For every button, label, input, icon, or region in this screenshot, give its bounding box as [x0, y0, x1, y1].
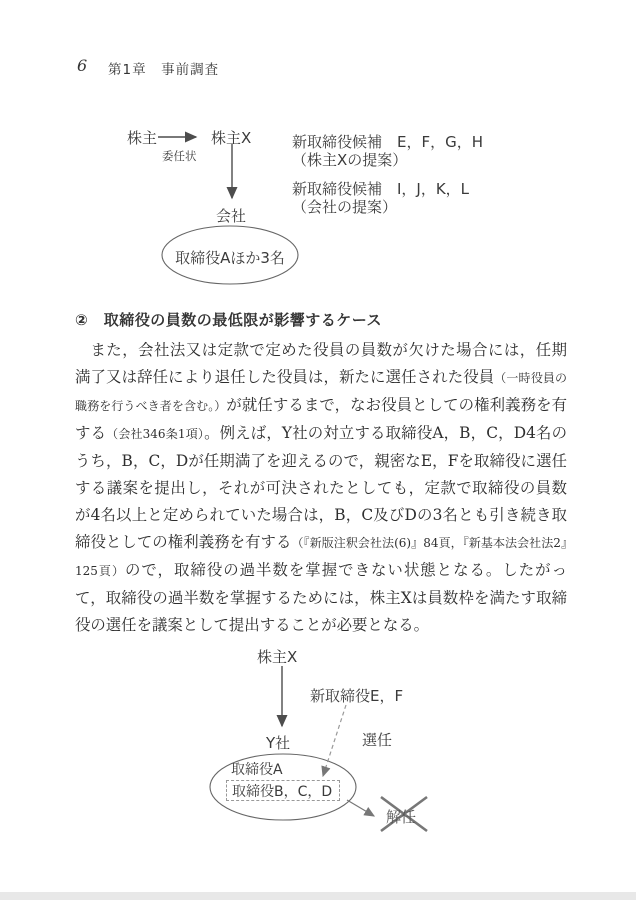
- directors-bcd-label: 取締役B，C，D: [232, 781, 332, 801]
- book-page: 6 第1章 事前調査 株主 株主X 委任状 会社 取締役Aほか3名 新取締役候補…: [0, 0, 636, 900]
- y-company-label: Y社: [266, 732, 290, 753]
- election-diagram-graphics: [150, 630, 490, 870]
- shareholder-x-label: 株主X: [211, 127, 251, 148]
- board-members-label: 取締役Aほか3名: [162, 247, 298, 268]
- citation-note: （会社346条1項）: [106, 427, 204, 441]
- proxy-form-label: 委任状: [162, 148, 197, 164]
- chapter-header: 第1章 事前調査: [108, 58, 219, 78]
- candidates-shareholderx: 新取締役候補 E，F，G，H: [292, 133, 483, 151]
- company-label: 会社: [216, 205, 246, 226]
- dismissal-label: 解任: [386, 806, 416, 827]
- page-bottom-edge: [0, 892, 636, 900]
- candidates-shareholderx-note: （株主Xの提案）: [292, 151, 483, 169]
- dismissal-arrow: [347, 800, 374, 816]
- directors-bcd-box: 取締役B，C，D: [226, 780, 340, 801]
- body-paragraph: また，会社法又は定款で定めた役員の員数が欠けた場合には，任期満了又は辞任により退…: [75, 337, 567, 639]
- body-text-run: 。例えば，Y社の対立する取締役A，B，C，D4名のうち，B，C，Dが任期満了を迎…: [75, 424, 567, 551]
- candidates-block: 新取締役候補 E，F，G，H （株主Xの提案） 新取締役候補 I，J，K，L （…: [292, 133, 483, 227]
- election-label: 選任: [362, 729, 392, 750]
- shareholder-x-label-bottom: 株主X: [257, 646, 297, 667]
- body-text-run: ので，取締役の過半数を掌握できない状態となる。したがって，取締役の過半数を掌握す…: [75, 561, 567, 634]
- shareholder-label: 株主: [127, 127, 157, 148]
- new-directors-label: 新取締役E，F: [310, 685, 403, 706]
- section-heading: ② 取締役の員数の最低限が影響するケース: [75, 309, 575, 330]
- candidates-company-note: （会社の提案）: [292, 198, 483, 216]
- page-number: 6: [77, 56, 87, 75]
- candidates-company: 新取締役候補 I，J，K，L: [292, 180, 483, 198]
- director-a-label: 取締役A: [231, 759, 283, 779]
- election-dashed-arrow: [323, 705, 346, 776]
